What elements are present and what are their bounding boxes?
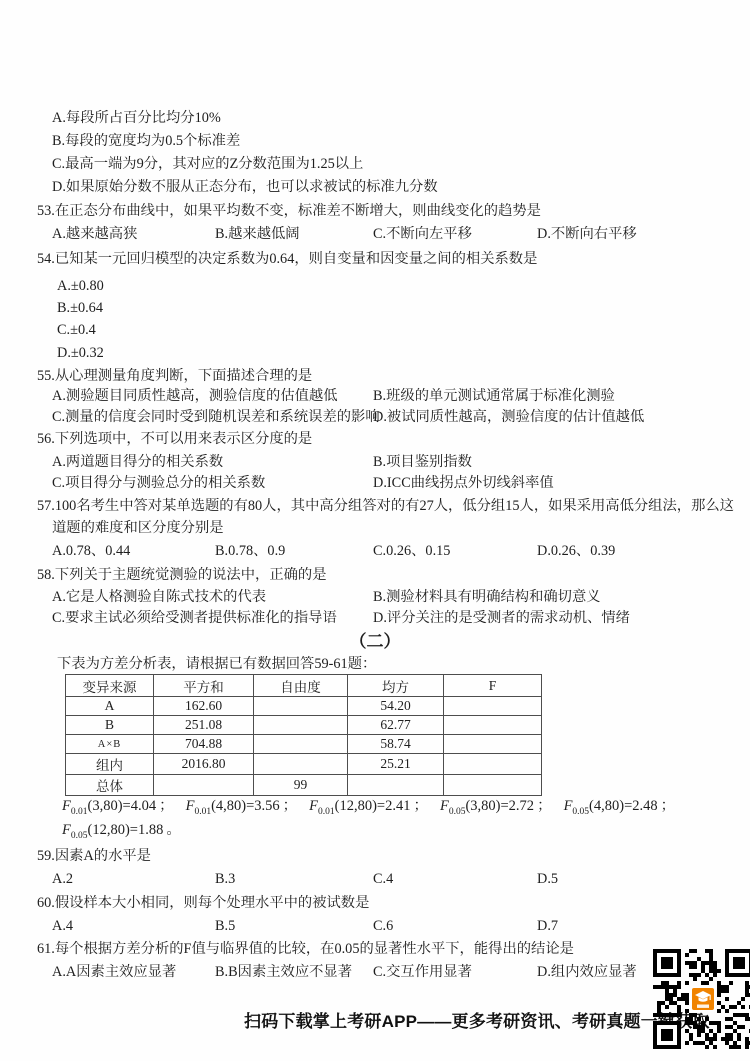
anova-header-f: F xyxy=(444,675,542,697)
q54-option-b: B.±0.64 xyxy=(57,298,103,318)
f-value-4: F0.05(3,80)=2.72； xyxy=(440,794,552,817)
q52-option-b: B.每段的宽度均为0.5个标准差 xyxy=(52,131,240,151)
q56-options-row2: C.项目得分与测验总分的相关系数 D.ICC曲线拐点外切线斜率值 xyxy=(52,473,750,493)
q55-options-row1: A.测验题目同质性越高，测验信度的估值越低 B.班级的单元测试通常属于标准化测验 xyxy=(52,386,750,406)
q60-option-c: C.6 xyxy=(373,916,537,936)
q55-option-a: A.测验题目同质性越高，测验信度的估值越低 xyxy=(52,386,373,406)
q53-option-b: B.越来越低阔 xyxy=(215,224,373,244)
exam-page: A.每段所占百分比均分10% B.每段的宽度均为0.5个标准差 C.最高一端为9… xyxy=(0,0,750,1061)
anova-table: 变异来源 平方和 自由度 均方 F A 162.60 54.20 B 251 xyxy=(65,674,542,796)
q58-option-a: A.它是人格测验自陈式技术的代表 xyxy=(52,587,373,607)
q57-option-a: A.0.78、0.44 xyxy=(52,541,215,561)
q61-option-b: B.B因素主效应不显著 xyxy=(215,962,373,982)
q59-option-b: B.3 xyxy=(215,869,373,889)
q58-option-c: C.要求主试必须给受测者提供标准化的指导语 xyxy=(52,608,373,628)
anova-header-df: 自由度 xyxy=(254,675,348,697)
f-critical-values-line2: F0.05(12,80)=1.88。 xyxy=(62,818,181,841)
q60-stem: 60.假设样本大小相同，则每个处理水平中的被试数是 xyxy=(37,893,369,913)
q60-option-b: B.5 xyxy=(215,916,373,936)
q61-stem: 61.每个根据方差分析的F值与临界值的比较，在0.05的显著性水平下，能得出的结… xyxy=(37,939,574,959)
anova-row-a: A 162.60 54.20 xyxy=(66,697,542,716)
q58-stem: 58.下列关于主题统觉测验的说法中，正确的是 xyxy=(37,565,327,585)
q57-stem-line2: 道题的难度和区分度分别是 xyxy=(52,518,224,538)
f-value-6: F0.05(12,80)=1.88。 xyxy=(62,818,181,841)
qr-code xyxy=(653,949,750,1049)
q60-option-d: D.7 xyxy=(537,916,750,936)
anova-row-within: 组内 2016.80 25.21 xyxy=(66,754,542,775)
q56-stem: 56.下列选项中，不可以用来表示区分度的是 xyxy=(37,429,312,449)
q52-option-d: D.如果原始分数不服从正态分布，也可以求被试的标准九分数 xyxy=(52,177,438,197)
q53-option-d: D.不断向右平移 xyxy=(537,224,750,244)
q59-option-c: C.4 xyxy=(373,869,537,889)
q53-option-a: A.越来越高狭 xyxy=(52,224,215,244)
q57-stem-line1: 57.100名考生中答对某单选题的有80人，其中高分组答对的有27人，低分组15… xyxy=(37,496,734,516)
anova-header-row: 变异来源 平方和 自由度 均方 F xyxy=(66,675,542,697)
q55-stem: 55.从心理测量角度判断，下面描述合理的是 xyxy=(37,366,312,386)
q56-options-row1: A.两道题目得分的相关系数 B.项目鉴别指数 xyxy=(52,452,750,472)
q54-stem: 54.已知某一元回归模型的决定系数为0.64，则自变量和因变量之间的相关系数是 xyxy=(37,249,537,269)
q58-options-row1: A.它是人格测验自陈式技术的代表 B.测验材料具有明确结构和确切意义 xyxy=(52,587,750,607)
q55-options-row2: C.测量的信度会同时受到随机误差和系统误差的影响 D.被试同质性越高，测验信度的… xyxy=(52,407,750,427)
f-value-3: F0.01(12,80)=2.41； xyxy=(309,794,428,817)
q56-option-c: C.项目得分与测验总分的相关系数 xyxy=(52,473,373,493)
q55-option-b: B.班级的单元测试通常属于标准化测验 xyxy=(373,386,750,406)
q54-option-a: A.±0.80 xyxy=(57,276,104,296)
q55-option-d: D.被试同质性越高，测验信度的估计值越低 xyxy=(373,407,750,427)
anova-row-axb: A×B 704.88 58.74 xyxy=(66,735,542,754)
q61-options: A.A因素主效应显著 B.B因素主效应不显著 C.交互作用显著 D.组内效应显著 xyxy=(52,962,750,982)
q53-options: A.越来越高狭 B.越来越低阔 C.不断向左平移 D.不断向右平移 xyxy=(52,224,750,244)
q58-option-b: B.测验材料具有明确结构和确切意义 xyxy=(373,587,750,607)
graduation-cap-icon xyxy=(692,988,714,1010)
f-value-1: F0.01(3,80)=4.04； xyxy=(62,794,174,817)
q61-option-c: C.交互作用显著 xyxy=(373,962,537,982)
q56-option-b: B.项目鉴别指数 xyxy=(373,452,750,472)
anova-header-ss: 平方和 xyxy=(154,675,254,697)
anova-header-ms: 均方 xyxy=(348,675,444,697)
q59-option-a: A.2 xyxy=(52,869,215,889)
q57-option-b: B.0.78、0.9 xyxy=(215,541,373,561)
f-value-5: F0.05(4,80)=2.48； xyxy=(564,794,676,817)
footer-promo-text: 扫码下载掌上考研APP——更多考研资讯、考研真题一键获取 xyxy=(244,1007,710,1032)
q56-option-a: A.两道题目得分的相关系数 xyxy=(52,452,373,472)
q56-option-d: D.ICC曲线拐点外切线斜率值 xyxy=(373,473,750,493)
q53-option-c: C.不断向左平移 xyxy=(373,224,537,244)
anova-row-total: 总体 99 xyxy=(66,775,542,796)
f-value-2: F0.01(4,80)=3.56； xyxy=(186,794,298,817)
q52-option-a: A.每段所占百分比均分10% xyxy=(52,108,221,128)
q55-option-c: C.测量的信度会同时受到随机误差和系统误差的影响 xyxy=(52,407,373,427)
q57-option-d: D.0.26、0.39 xyxy=(537,541,750,561)
q59-option-d: D.5 xyxy=(537,869,750,889)
q58-options-row2: C.要求主试必须给受测者提供标准化的指导语 D.评分关注的是受测者的需求动机、情… xyxy=(52,608,750,628)
q60-options: A.4 B.5 C.6 D.7 xyxy=(52,916,750,936)
q59-options: A.2 B.3 C.4 D.5 xyxy=(52,869,750,889)
q54-option-d: D.±0.32 xyxy=(57,343,104,363)
q57-option-c: C.0.26、0.15 xyxy=(373,541,537,561)
q54-option-c: C.±0.4 xyxy=(57,320,96,340)
q53-stem: 53.在正态分布曲线中，如果平均数不变，标准差不断增大，则曲线变化的趋势是 xyxy=(37,201,541,221)
q52-option-c: C.最高一端为9分，其对应的Z分数范围为1.25以上 xyxy=(52,154,363,174)
q57-options: A.0.78、0.44 B.0.78、0.9 C.0.26、0.15 D.0.2… xyxy=(52,541,750,561)
anova-header-source: 变异来源 xyxy=(66,675,154,697)
q60-option-a: A.4 xyxy=(52,916,215,936)
anova-table-container: 变异来源 平方和 自由度 均方 F A 162.60 54.20 B 251 xyxy=(65,674,542,796)
q59-stem: 59.因素A的水平是 xyxy=(37,846,151,866)
anova-row-b: B 251.08 62.77 xyxy=(66,716,542,735)
section-2-title: （二） xyxy=(0,627,750,652)
section-2-intro: 下表为方差分析表，请根据已有数据回答59-61题： xyxy=(57,654,376,674)
q58-option-d: D.评分关注的是受测者的需求动机、情绪 xyxy=(373,608,750,628)
f-critical-values-line1: F0.01(3,80)=4.04； F0.01(4,80)=3.56； F0.0… xyxy=(62,794,675,817)
q61-option-a: A.A因素主效应显著 xyxy=(52,962,215,982)
qr-center-logo xyxy=(690,986,716,1012)
